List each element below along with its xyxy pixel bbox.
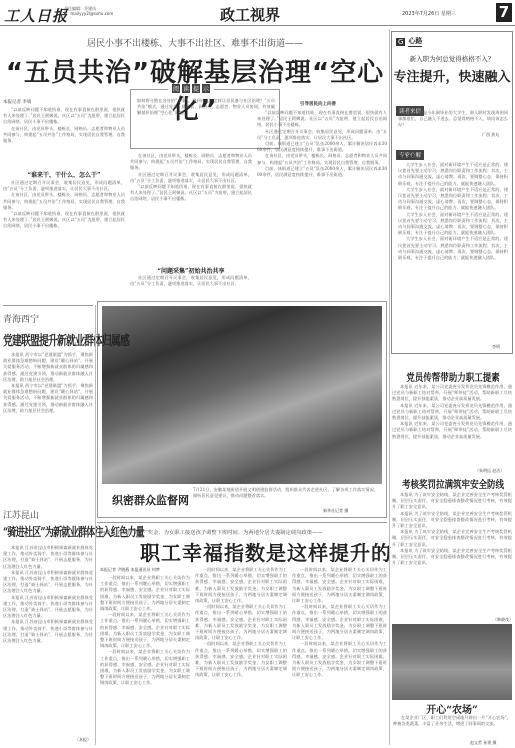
- paragraph: “以前反映问题不知道找谁，现在有事直接在群里说，很快就有人来处理了。”居民王阿姨…: [257, 110, 387, 129]
- paragraph: “以前反映问题不知道找谁，现在有事直接在群里说，很快就有人来处理了。”居民王阿姨…: [3, 211, 125, 230]
- paragraph: 一段时间以来，某企业将职工关心关切作为工作重点，推出一系列暖心举措，切实增强职工…: [292, 641, 387, 678]
- paragraph: 在该社区，由党员带头，楼栋长、网格员、志愿者和物业人员共同参与，构建起“五员共治…: [3, 192, 125, 211]
- story-end-sign: （本报）: [75, 737, 91, 743]
- paragraph: 大学生步入社会，面对新环境产生不适应是正常的。建议您首先要主动学习，熟悉岗位职责…: [398, 162, 508, 187]
- tip-char: 提: [192, 84, 200, 93]
- paragraph: 在某企业厂区，职工们利用空闲地开辟出一片“开心农场”，种植各类蔬菜，丰富了业余生…: [393, 715, 511, 727]
- lead-body-col3: “以前反映问题不知道找谁，现在有事直接在群里说，很快就有人来处理了。”居民王阿姨…: [257, 110, 387, 300]
- story-body: 本报讯 近年来，某公司党委充分发挥党员先锋模范作用，通过党员与新职工结对帮带，开…: [392, 384, 512, 472]
- story-location: 青海西宁: [3, 312, 39, 325]
- paragraph: 在该社区，由党员带头，楼栋长、网格员、志愿者和物业人员共同参与，构建起“五员共治…: [130, 153, 252, 172]
- story-body: 本报讯 为了筑牢安全防线，某企业完善安全生产考核奖罚机制，层层压实责任，对安全隐…: [392, 492, 512, 620]
- answer-headline: 专注提升，快速融入: [392, 66, 512, 85]
- lead-subhead: 居民小事不出楼栋、大事不出社区、难事不出街道——: [10, 36, 380, 49]
- paragraph: 本报讯 江苏省昆山市积极探索新就业群体党建工作，推动外卖骑手、快递小哥等群体参与…: [3, 619, 93, 644]
- paragraph: 大学生步入社会，面对新环境产生不适应是正常的。建议您首先要主动学习，熟悉岗位职责…: [398, 212, 508, 237]
- tip-char: 阅: [172, 84, 180, 93]
- expert-answer: 大学生步入社会，面对新环境产生不适应是正常的。建议您首先要主动学习，熟悉岗位职责…: [398, 162, 508, 345]
- paragraph: 在该社区，由党员带头，楼栋长、网格员、志愿者和物业人员共同参与，构建起“五员共治…: [257, 153, 387, 165]
- section-heading: 引导居民向上向善: [300, 101, 336, 107]
- section-heading: “谁来干、干什么、怎么干”: [3, 170, 125, 179]
- paragraph: 一段时间以来，某企业将职工关心关切作为工作重点，推出一系列暖心举措，切实增强职工…: [292, 604, 387, 641]
- paragraph: 本报讯 近年来，某公司党委充分发挥党员先锋模范作用，通过党员与新职工结对帮带，开…: [392, 403, 512, 422]
- paragraph: 目前，该街道已建立“五员”队伍2000余人，累计解决居民诉求3000余件，居民满…: [257, 141, 387, 153]
- lead-byline: 本报记者 李娟: [3, 99, 31, 105]
- paragraph: 本报讯 西宁市以“党建联盟”为抓手，聚焦新就业群体急难愁盼问题，建设“暖心驿站”…: [3, 383, 93, 414]
- photo-caption: 在某企业厂区，职工们利用空闲地开辟出一片“开心农场”，种植各类蔬菜，丰富了业余生…: [393, 715, 511, 741]
- paragraph: 一段时间以来，某企业将职工关心关切作为工作重点，推出一系列暖心举措，切实增强职工…: [195, 567, 287, 604]
- masthead: 工人日报 责任编辑：乔建凤 E：mailyyy2l@sohu.com 政工视界 …: [0, 0, 515, 26]
- lead-body-col1b: 社区通过定期召开议事会，收集居民意见，形成问题清单，由“五员”分工负责，逐项推进…: [3, 180, 125, 260]
- paragraph: 您好，我是今年刚毕业的大学生，刚入职时发现周围同事都很忙，自己融入不进去，总觉得…: [398, 110, 508, 129]
- reader-letter: 您好，我是今年刚毕业的大学生，刚入职时发现周围同事都很忙，自己融入不进去，总觉得…: [398, 110, 508, 134]
- section-title: 政工视界: [220, 4, 280, 25]
- editor-email: E：mailyyy2l@sohu.com: [64, 11, 113, 16]
- photo-credit: 赵文哲 孙建 摄: [470, 740, 497, 746]
- column-icon: G: [396, 38, 405, 46]
- paragraph: 本报讯 江苏省昆山市积极探索新就业群体党建工作，推动外卖骑手、快递小哥等群体参与…: [3, 545, 93, 570]
- street-photo: [102, 306, 382, 484]
- photo-title: 开心“农场”: [392, 701, 512, 716]
- story-body: 本报讯 西宁市以“党建联盟”为抓手，聚焦新就业群体急难愁盼问题，建设“暖心驿站”…: [3, 352, 93, 492]
- paragraph: 一段时间以来，某企业将职工关心关切作为工作重点，推出一系列暖心举措，切实增强职工…: [195, 641, 287, 678]
- paragraph: 一段时间以来，某企业将职工关心关切作为工作重点，推出一系列暖心举措，切实增强职工…: [100, 575, 190, 612]
- farm-photo: [392, 624, 512, 700]
- column-divider: [95, 305, 96, 745]
- story-headline: 党员传帮带助力职工提素: [401, 369, 505, 384]
- paragraph: 在该社区，由党员带头，楼栋长、网格员、志愿者和物业人员共同参与，构建起“五员共治…: [3, 126, 125, 145]
- column-header: G 心路: [396, 36, 422, 47]
- paragraph: 一段时间以来，某企业将职工关心关切作为工作重点，推出一系列暖心举措，切实增强职工…: [195, 604, 287, 641]
- paragraph: 社区通过定期召开议事会，收集居民意见，形成问题清单，由“五员”分工负责，逐项推进…: [130, 275, 252, 287]
- story-headline: “骑进社区”为新就业群体注入红色力量: [3, 523, 97, 540]
- advice-column-box: G 心路 新入职为何总觉得格格不入？ 专注提升，快速融入 读者来信 您好，我是今…: [391, 31, 513, 354]
- paragraph: 本报讯 西宁市以“党建联盟”为抓手，聚焦新就业群体急难愁盼问题，建设“暖心驿站”…: [3, 352, 93, 383]
- column-name: 心路: [408, 36, 422, 47]
- story-body: 本报讯 江苏省昆山市积极探索新就业群体党建工作，推动外卖骑手、快递小哥等群体参与…: [3, 545, 93, 743]
- bottom-body-col1: 一段时间以来，某企业将职工关心关切作为工作重点，推出一系列暖心举措，切实增强职工…: [100, 575, 190, 745]
- photo-credit: 新华社记者 摄: [323, 508, 348, 514]
- paragraph: 大学生步入社会，面对新环境产生不适应是正常的。建议您首先要主动学习，熟悉岗位职责…: [398, 187, 508, 212]
- story-headline: 党建联盟提升新就业群体归属感: [3, 330, 97, 349]
- paragraph: “以前反映问题不知道找谁，现在有事直接在群里说，很快就有人来处理了。”居民王阿姨…: [130, 184, 252, 203]
- tip-char: 读: [182, 84, 190, 93]
- reading-tips-text: 如何将分散在各处的“小事”，聚到社区？怎样让居民参与社区治理？“五员共治”模式，…: [137, 98, 275, 146]
- divider: [3, 305, 93, 306]
- newspaper-logo: 工人日报: [4, 5, 68, 26]
- bottom-subhead: 为新员工发放“励学”奖金、为女职工接送孩子调整下班时间、为两地分居夫妻制定调岗政…: [100, 528, 390, 536]
- lead-body-col1: “以前反映问题不知道找谁，现在有事直接在群里说，很快就有人来处理了。”居民王阿姨…: [3, 107, 125, 165]
- paragraph: 本报讯 为了筑牢安全防线，某企业完善安全生产考核奖罚机制，层层压实责任，对安全隐…: [392, 511, 512, 530]
- expert-sign: 李明: [492, 344, 500, 350]
- photo-title: 织密群众监督网: [112, 492, 189, 508]
- paragraph: 一段时间以来，某企业将职工关心关切作为工作重点，推出一系列暖心举措，切实增强职工…: [292, 567, 387, 604]
- editor-info: 责任编辑：乔建凤 E：mailyyy2l@sohu.com: [64, 6, 113, 16]
- reading-tips-title: 阅 读 提 示: [168, 84, 214, 93]
- paragraph: 社区通过定期召开议事会，收集居民意见，形成问题清单，由“五员”分工负责，逐项推进…: [3, 180, 125, 192]
- bottom-body-col2: 一段时间以来，某企业将职工关心关切作为工作重点，推出一系列暖心举措，切实增强职工…: [195, 567, 287, 745]
- question: 新入职为何总觉得格格不入？: [392, 54, 512, 63]
- photo-caption: 7月21日，安徽某地街道开展文明创建监督活动，组织群众代表走进社区，了解各项工作…: [193, 487, 378, 509]
- bottom-body-col3: 一段时间以来，某企业将职工关心关切作为工作重点，推出一系列暖心举措，切实增强职工…: [292, 567, 387, 745]
- paragraph: 目前，该街道已建立“五员”队伍2000余人，累计解决居民诉求3000余件，居民满…: [257, 166, 387, 178]
- lead-body-col2: 在该社区，由党员带头，楼栋长、网格员、志愿者和物业人员共同参与，构建起“五员共治…: [130, 153, 252, 263]
- paragraph: 本报讯 近年来，某公司党委充分发挥党员先锋模范作用，通过党员与新职工结对帮带，开…: [392, 384, 512, 403]
- divider: [97, 522, 387, 523]
- paragraph: 本报讯 为了筑牢安全防线，某企业完善安全生产考核奖罚机制，层层压实责任，对安全隐…: [392, 529, 512, 548]
- paragraph: 本报讯 为了筑牢安全防线，某企业完善安全生产考核奖罚机制，层层压实责任，对安全隐…: [392, 492, 512, 511]
- paragraph: 大学生步入社会，面对新环境产生不适应是正常的。建议您首先要主动学习，熟悉岗位职责…: [398, 236, 508, 261]
- paragraph: 社区通过定期召开议事会，收集居民意见，形成问题清单，由“五员”分工负责，逐项推进…: [130, 172, 252, 184]
- paragraph: 社区通过定期召开议事会，收集居民意见，形成问题清单，由“五员”分工负责，逐项推进…: [257, 129, 387, 141]
- story-sign: （朱明远 赵洁）: [475, 468, 504, 474]
- paragraph: “以前反映问题不知道找谁，现在有事直接在群里说，很快就有人来处理了。”居民王阿姨…: [3, 107, 125, 126]
- column-divider: [389, 30, 390, 745]
- paragraph: 本报讯 江苏省昆山市积极探索新就业群体党建工作，推动外卖骑手、快递小哥等群体参与…: [3, 595, 93, 620]
- expert-greeting: 狄丸您好：: [398, 155, 421, 161]
- paragraph: 一段时间以来，某企业将职工关心关切作为工作重点，推出一系列暖心举措，切实增强职工…: [100, 649, 190, 686]
- reader-sign: 广西 狄丸: [482, 132, 499, 138]
- story-headline: 考核奖罚拉满筑牢安全防线: [401, 476, 505, 491]
- paragraph: 一段时间以来，某企业将职工关心关切作为工作重点，推出一系列暖心举措，切实增强职工…: [100, 612, 190, 649]
- paragraph: 本报讯 近年来，某公司党委充分发挥党员先锋模范作用，通过党员与新职工结对帮带，开…: [392, 421, 512, 440]
- bottom-headline: 职工幸福指数是这样提升的: [140, 537, 392, 566]
- issue-date: 2023年7月26日 星期三: [402, 10, 456, 17]
- page-number: 7: [496, 3, 512, 22]
- story-location: 江苏昆山: [3, 508, 39, 521]
- section-heading: “问题采集”初始共治共享: [130, 266, 252, 275]
- story-sign: （韩晓茂）: [493, 617, 513, 623]
- photo-feature: 织密群众监督网 7月21日，安徽某地街道开展文明创建监督活动，组织群众代表走进社…: [97, 301, 387, 518]
- lead-body-col2b: 社区通过定期召开议事会，收集居民意见，形成问题清单，由“五员”分工负责，逐项推进…: [130, 275, 252, 297]
- paragraph: 本报讯 江苏省昆山市积极探索新就业群体党建工作，推动外卖骑手、快递小哥等群体参与…: [3, 570, 93, 595]
- bottom-byline: 本报记者 尹晓燕 本报通讯员 何梦: [100, 567, 160, 573]
- tip-char: 示: [202, 84, 210, 93]
- paragraph: 本报讯 为了筑牢安全防线，某企业完善安全生产考核奖罚机制，层层压实责任，对安全隐…: [392, 548, 512, 567]
